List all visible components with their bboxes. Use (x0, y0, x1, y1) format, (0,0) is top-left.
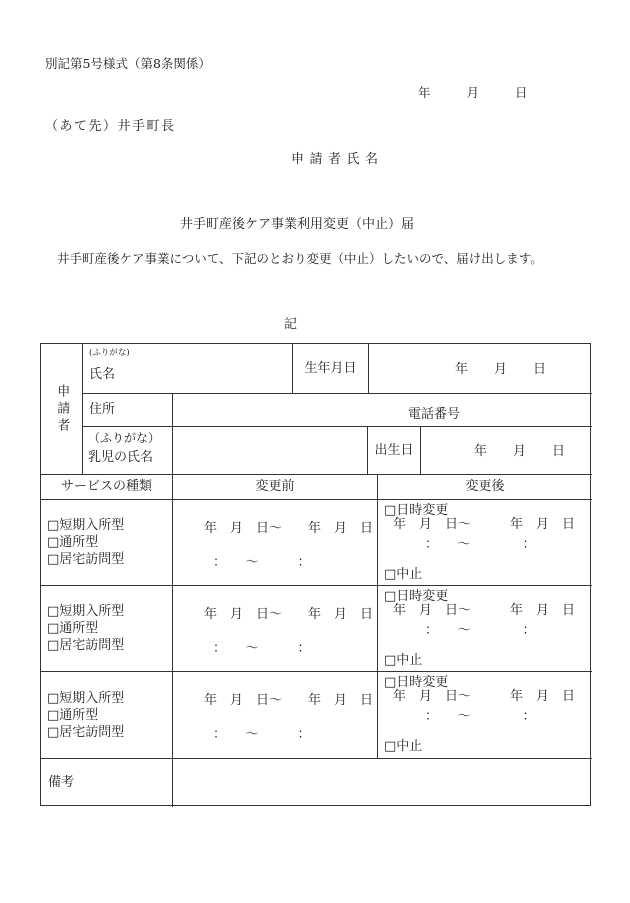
cancel-label: 中止 (396, 739, 422, 754)
after-change-cell: □日時変更 年 月 日～ 年 月 日 ： ～ ： □中止 (378, 672, 592, 759)
checkbox-icon: □ (47, 725, 59, 740)
service-type-option: □短期入所型 (47, 603, 172, 620)
checkbox-icon: □ (47, 535, 59, 550)
after-change-cell: □日時変更 年 月 日～ 年 月 日 ： ～ ： □中止 (378, 586, 592, 672)
infant-name-label: 乳児の氏名 (88, 450, 153, 466)
after-times-line: ： ～ ： (425, 709, 536, 725)
datetime-change-label: 日時変更 (396, 675, 448, 690)
document-page: 別記第5号様式（第8条関係） 年 月 日 （あて先）井手町長 申請者氏名 井手町… (0, 0, 630, 903)
service-row: □短期入所型 □通所型 □居宅訪問型 年 月 日～ 年 月 日 ： ～ ： □日… (41, 672, 592, 759)
applicant-header-cell: 申請者 (41, 344, 83, 475)
form-table: 申請者 (ふりがな) 氏名 生年月日 年 月 日 住所 電話番号 （ふりがな） … (40, 343, 591, 806)
before-dates-line: 年 月 日～ 年 月 日 (204, 521, 373, 537)
service-type-label: 居宅訪問型 (59, 552, 124, 567)
checkbox-icon: □ (47, 638, 59, 653)
checkbox-icon: □ (47, 691, 59, 706)
service-type-cell: □短期入所型 □通所型 □居宅訪問型 (41, 500, 173, 586)
form-title: 井手町産後ケア事業利用変更（中止）届 (180, 218, 414, 233)
applicant-name-label: 申請者氏名 (291, 153, 384, 168)
checkbox-icon: □ (47, 708, 59, 723)
checkbox-icon: □ (47, 552, 59, 567)
birthdate-label-cell: 生年月日 (293, 344, 369, 394)
checkbox-icon: □ (384, 675, 396, 690)
service-type-option: □短期入所型 (47, 690, 172, 707)
birthdate-label: 生年月日 (304, 361, 356, 377)
address-label: 住所 (89, 402, 115, 418)
before-dates-line: 年 月 日～ 年 月 日 (204, 607, 373, 623)
issue-date-year-label: 年 (418, 86, 431, 100)
form-number: 別記第5号様式（第8条関係） (45, 57, 211, 71)
checkbox-icon: □ (384, 567, 396, 582)
applicant-label: 申請者 (54, 384, 70, 435)
issue-date-month-label: 月 (467, 86, 480, 100)
before-times-line: ： ～ ： (213, 727, 311, 743)
issue-date-day-label: 日 (515, 86, 528, 100)
after-change-cell: □日時変更 年 月 日～ 年 月 日 ： ～ ： □中止 (378, 500, 592, 586)
service-type-label: 短期入所型 (59, 691, 124, 706)
service-type-label: 短期入所型 (59, 604, 124, 619)
service-type-label: 居宅訪問型 (59, 725, 124, 740)
infant-name-value-cell (173, 427, 368, 475)
addressee: （あて先）井手町長 (45, 120, 176, 135)
before-change-cell: 年 月 日～ 年 月 日 ： ～ ： (173, 672, 378, 759)
checkbox-icon: □ (384, 589, 396, 604)
service-type-label: 通所型 (59, 708, 98, 723)
before-change-header: 変更前 (173, 475, 378, 500)
service-type-option: □居宅訪問型 (47, 637, 172, 654)
after-dates-line: 年 月 日～ 年 月 日 (393, 517, 575, 533)
notes-label: 備考 (48, 775, 74, 791)
after-dates-line: 年 月 日～ 年 月 日 (393, 603, 575, 619)
notes-value-cell (173, 759, 592, 807)
before-times-line: ： ～ ： (213, 555, 311, 571)
after-times-line: ： ～ ： (425, 623, 536, 639)
issue-date-line: 年 月 日 (418, 86, 528, 100)
infant-birth-value: 年 月 日 (474, 444, 565, 460)
checkbox-icon: □ (47, 604, 59, 619)
address-value-cell: 電話番号 (173, 394, 592, 427)
address-label-cell: 住所 (83, 394, 173, 427)
service-type-option: □居宅訪問型 (47, 724, 172, 741)
service-type-option: □通所型 (47, 534, 172, 551)
before-times-line: ： ～ ： (213, 641, 311, 657)
infant-birth-value-cell: 年 月 日 (421, 427, 592, 475)
checkbox-icon: □ (47, 621, 59, 636)
record-mark: 記 (284, 318, 297, 333)
birthdate-value-cell: 年 月 日 (369, 344, 592, 394)
form-body-text: 井手町産後ケア事業について、下記のとおり変更（中止）したいので、届け出します。 (57, 252, 543, 266)
notes-label-cell: 備考 (41, 759, 173, 807)
before-dates-line: 年 月 日～ 年 月 日 (204, 693, 373, 709)
phone-label: 電話番号 (408, 407, 460, 423)
service-type-cell: □短期入所型 □通所型 □居宅訪問型 (41, 586, 173, 672)
after-times-line: ： ～ ： (425, 537, 536, 553)
service-type-label: 短期入所型 (59, 518, 124, 533)
datetime-change-label: 日時変更 (396, 503, 448, 518)
checkbox-icon: □ (384, 739, 396, 754)
checkbox-icon: □ (384, 653, 396, 668)
service-type-option: □居宅訪問型 (47, 551, 172, 568)
after-dates-line: 年 月 日～ 年 月 日 (393, 689, 575, 705)
applicant-name-cell: (ふりがな) 氏名 (83, 344, 293, 394)
infant-name-label-cell: （ふりがな） 乳児の氏名 (83, 427, 173, 475)
cancel-option: □中止 (384, 653, 422, 669)
service-row: □短期入所型 □通所型 □居宅訪問型 年 月 日～ 年 月 日 ： ～ ： □日… (41, 500, 592, 586)
service-type-label: 居宅訪問型 (59, 638, 124, 653)
service-type-label: 通所型 (59, 621, 98, 636)
service-type-option: □通所型 (47, 707, 172, 724)
service-type-cell: □短期入所型 □通所型 □居宅訪問型 (41, 672, 173, 759)
service-row: □短期入所型 □通所型 □居宅訪問型 年 月 日～ 年 月 日 ： ～ ： □日… (41, 586, 592, 672)
infant-furigana-label: （ふりがな） (88, 431, 160, 445)
infant-birth-label: 出生日 (374, 443, 413, 459)
after-change-header: 変更後 (378, 475, 592, 500)
checkbox-icon: □ (47, 518, 59, 533)
cancel-label: 中止 (396, 567, 422, 582)
infant-birth-label-cell: 出生日 (368, 427, 421, 475)
cancel-option: □中止 (384, 567, 422, 583)
before-change-cell: 年 月 日～ 年 月 日 ： ～ ： (173, 586, 378, 672)
birthdate-value: 年 月 日 (455, 362, 546, 378)
cancel-option: □中止 (384, 739, 422, 755)
cancel-label: 中止 (396, 653, 422, 668)
checkbox-icon: □ (384, 503, 396, 518)
service-type-option: □短期入所型 (47, 517, 172, 534)
service-type-header: サービスの種類 (41, 475, 173, 500)
service-type-option: □通所型 (47, 620, 172, 637)
name-label: 氏名 (89, 367, 115, 383)
furigana-label: (ふりがな) (89, 348, 130, 358)
datetime-change-label: 日時変更 (396, 589, 448, 604)
service-type-label: 通所型 (59, 535, 98, 550)
before-change-cell: 年 月 日～ 年 月 日 ： ～ ： (173, 500, 378, 586)
